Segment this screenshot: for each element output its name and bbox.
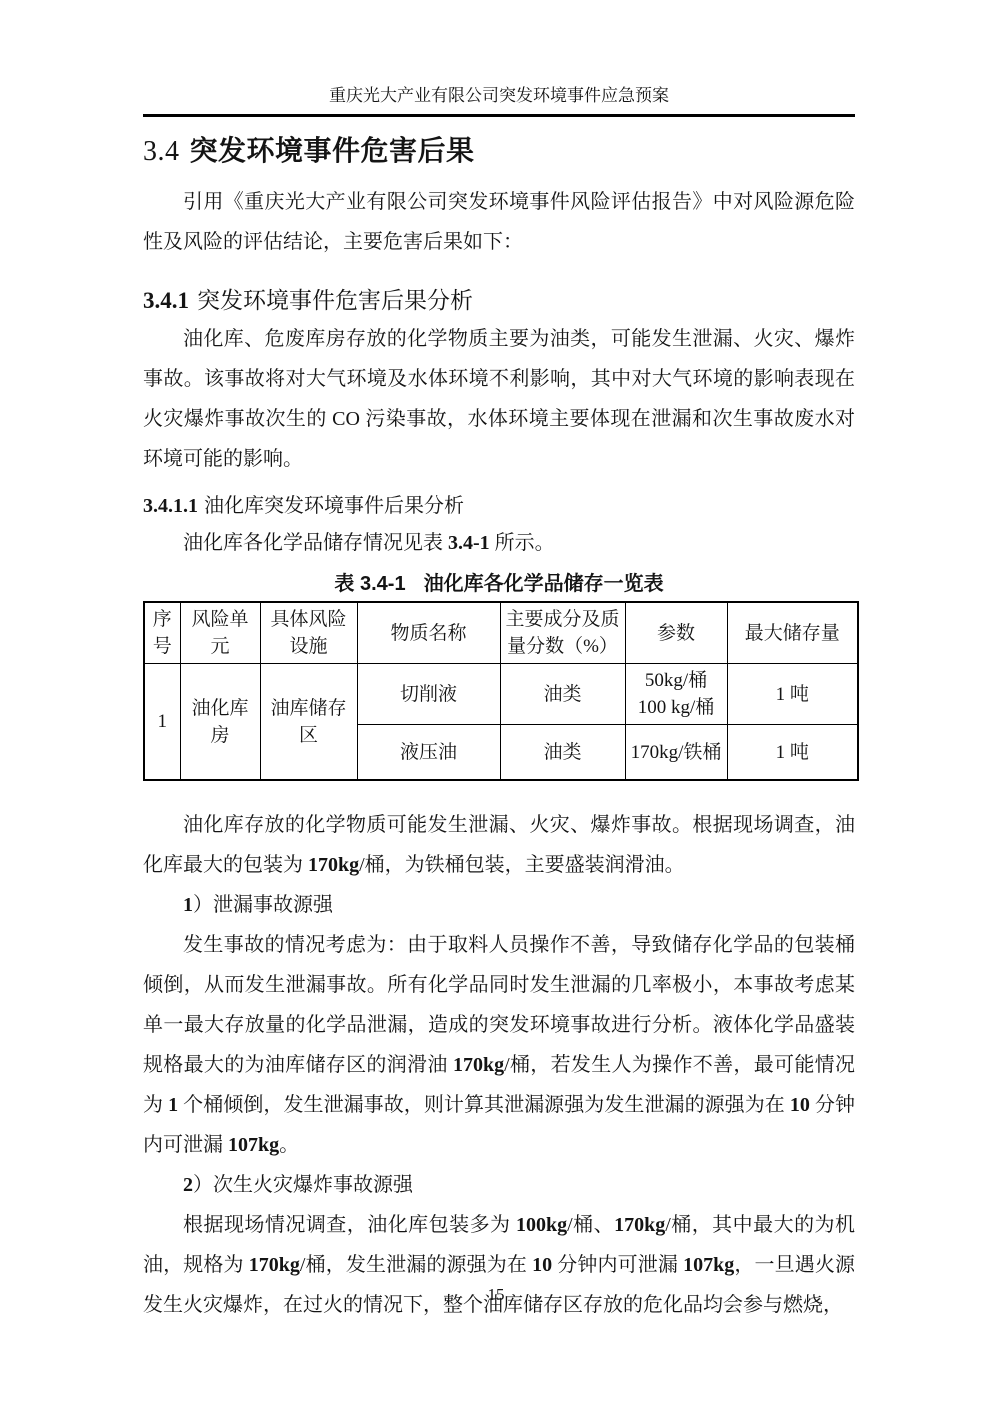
paragraph-leak-detail: 发生事故的情况考虑为：由于取料人员操作不善，导致储存化学品的包装桶倾倒，从而发生…	[143, 925, 855, 1165]
cell-parameter: 50kg/桶 100 kg/桶	[625, 664, 727, 725]
col-header-max-storage: 最大储存量	[727, 602, 858, 664]
heading-3-4-1-1-number: 3.4.1.1	[143, 495, 198, 517]
table-caption: 表 3.4-1油化库各化学品储存一览表	[143, 569, 855, 599]
paragraph-hazard-analysis: 油化库、危废库房存放的化学物质主要为油类，可能发生泄漏、火灾、爆炸事故。该事故将…	[143, 319, 855, 479]
heading-3-4-number: 3.4	[143, 136, 180, 167]
col-header-risk-unit: 风险单元	[180, 602, 260, 664]
heading-3-4-1-text: 突发环境事件危害后果分析	[197, 287, 473, 313]
subheading-leak-source: 1）泄漏事故源强	[143, 885, 855, 925]
heading-3-4-1-1-text: 油化库突发环境事件后果分析	[204, 495, 464, 517]
table-caption-number: 表 3.4-1	[334, 573, 405, 595]
page-number: 15	[0, 1285, 992, 1305]
col-header-facility: 具体风险设施	[260, 602, 357, 664]
cell-max-storage: 1 吨	[727, 725, 858, 781]
heading-3-4: 3.4突发环境事件危害后果	[143, 131, 855, 172]
heading-3-4-1: 3.4.1突发环境事件危害后果分析	[143, 282, 855, 319]
table-row: 1 油化库房 油库储存区 切削液 油类 50kg/桶 100 kg/桶 1 吨	[144, 664, 858, 725]
document-page: 重庆光大产业有限公司突发环境事件应急预案 3.4突发环境事件危害后果 引用《重庆…	[0, 0, 992, 1403]
subheading-fire-explosion-source: 2）次生火灾爆炸事故源强	[143, 1165, 855, 1205]
cell-composition: 油类	[500, 725, 625, 781]
paragraph-fire-detail: 根据现场情况调查，油化库包装多为 100kg/桶、170kg/桶，其中最大的为机…	[143, 1205, 855, 1325]
cell-facility: 油库储存区	[260, 664, 357, 781]
heading-3-4-1-number: 3.4.1	[143, 288, 189, 313]
col-header-substance: 物质名称	[357, 602, 500, 664]
cell-substance: 切削液	[357, 664, 500, 725]
heading-3-4-1-1: 3.4.1.1油化库突发环境事件后果分析	[143, 489, 855, 523]
page-header-title: 重庆光大产业有限公司突发环境事件应急预案	[143, 84, 855, 117]
page-content: 重庆光大产业有限公司突发环境事件应急预案 3.4突发环境事件危害后果 引用《重庆…	[0, 0, 992, 1325]
cell-max-storage: 1 吨	[727, 664, 858, 725]
table-header-row: 序号 风险单元 具体风险设施 物质名称 主要成分及质量分数（%） 参数 最大储存…	[144, 602, 858, 664]
cell-risk-unit: 油化库房	[180, 664, 260, 781]
heading-3-4-text: 突发环境事件危害后果	[190, 135, 475, 166]
cell-substance: 液压油	[357, 725, 500, 781]
col-header-composition: 主要成分及质量分数（%）	[500, 602, 625, 664]
cell-composition: 油类	[500, 664, 625, 725]
paragraph-after-table: 油化库存放的化学物质可能发生泄漏、火灾、爆炸事故。根据现场调查，油化库最大的包装…	[143, 805, 855, 885]
table-caption-title: 油化库各化学品储存一览表	[424, 573, 664, 595]
col-header-parameter: 参数	[625, 602, 727, 664]
cell-index: 1	[144, 664, 180, 781]
paragraph-intro: 引用《重庆光大产业有限公司突发环境事件风险评估报告》中对风险源危险性及风险的评估…	[143, 182, 855, 262]
chemical-storage-table: 序号 风险单元 具体风险设施 物质名称 主要成分及质量分数（%） 参数 最大储存…	[143, 601, 859, 781]
paragraph-table-reference: 油化库各化学品储存情况见表 3.4-1 所示。	[143, 523, 855, 563]
cell-parameter: 170kg/铁桶	[625, 725, 727, 781]
col-header-index: 序号	[144, 602, 180, 664]
